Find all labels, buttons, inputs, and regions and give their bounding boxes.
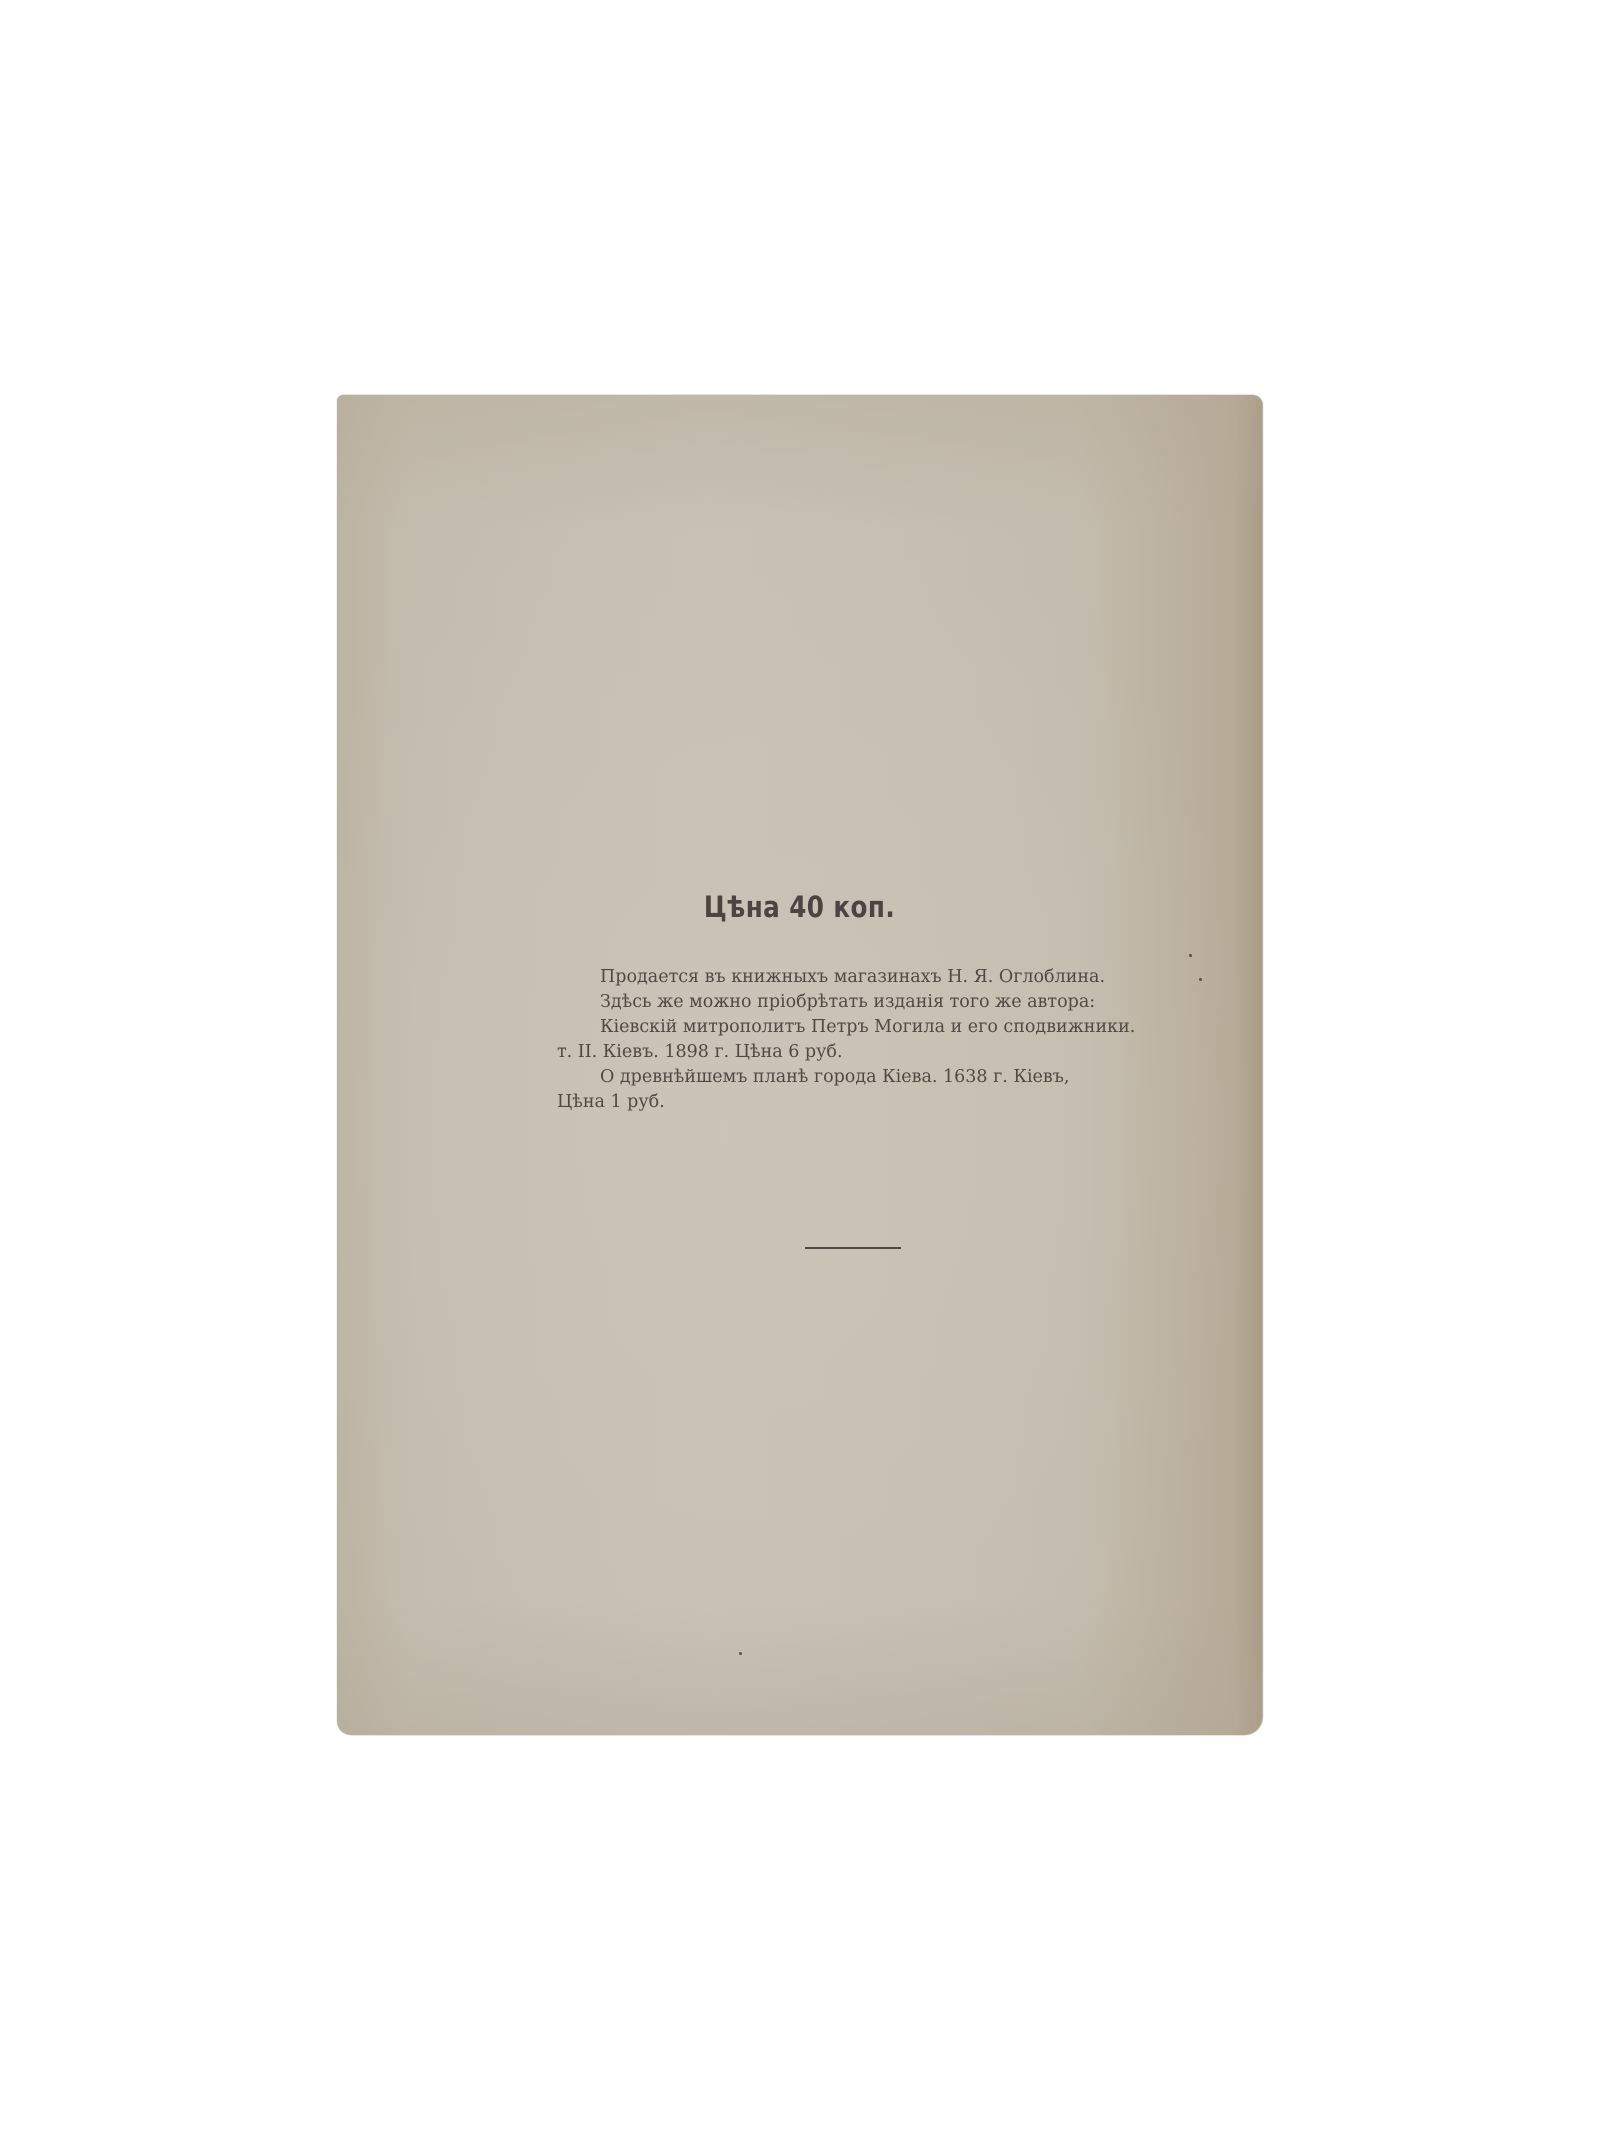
paper-sheet: Цѣна 40 коп. Продается въ книжныхъ магаз… <box>337 395 1262 1735</box>
price-heading: Цѣна 40 коп. <box>406 890 1192 924</box>
paper-speck <box>1189 954 1192 957</box>
notice-line-book-title-2: О древнѣйшемъ планѣ города Кіева. 1638 г… <box>557 1065 1097 1090</box>
notice-line-book-details-1: т. II. Кіевъ. 1898 г. Цѣна 6 руб. <box>557 1040 1097 1065</box>
publisher-notice: Продается въ книжныхъ магазинахъ Н. Я. О… <box>557 965 1097 1115</box>
notice-line-sale: Продается въ книжныхъ магазинахъ Н. Я. О… <box>557 965 1097 990</box>
divider-rule <box>805 1247 901 1249</box>
paper-speck <box>1199 978 1202 981</box>
paper-speck <box>739 1652 742 1655</box>
notice-line-book-price-2: Цѣна 1 руб. <box>557 1090 1097 1115</box>
notice-line-other-editions: Здѣсь же можно пріобрѣтать изданія того … <box>557 990 1097 1015</box>
notice-line-book-title-1: Кіевскій митрополитъ Петръ Могила и его … <box>557 1015 1097 1040</box>
